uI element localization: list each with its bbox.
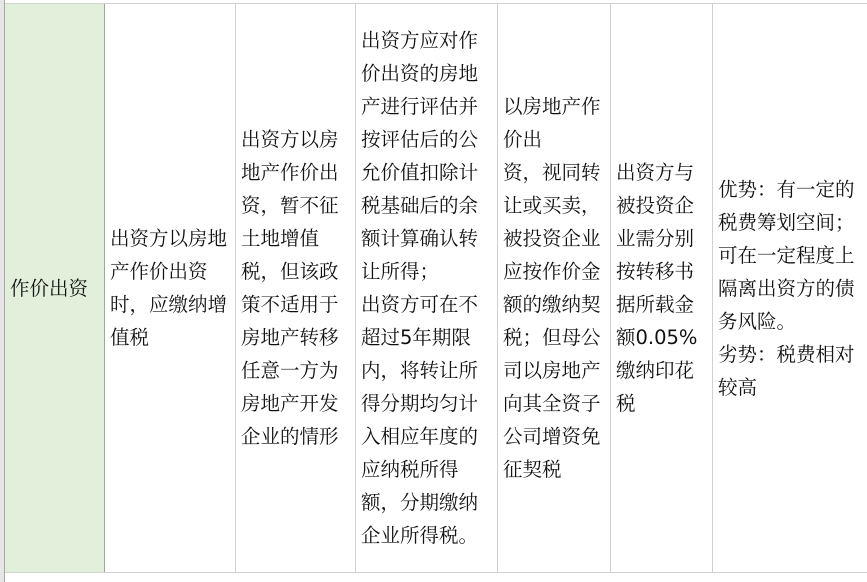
deed-tax-text: 以房地产作价出 资，视同转让或买卖，被投资企业应按作价金额的缴纳契税；但母公司以… bbox=[503, 90, 606, 486]
spreadsheet-view: 作价出资 出资方以房地产作价出资时，应缴纳增值税 出资方以房地产作价出资，暂不征… bbox=[0, 0, 867, 582]
corporate-income-tax-cell[interactable]: 出资方应对作价出资的房地产进行评估并按评估后的公允价值扣除计税基础后的余额计算确… bbox=[356, 4, 498, 572]
land-appreciation-tax-cell[interactable]: 出资方以房地产作价出资，暂不征土地增值 税，但该政策不适用于房地产转移任意一方为… bbox=[236, 4, 356, 572]
vat-cell[interactable]: 出资方以房地产作价出资时，应缴纳增值税 bbox=[105, 4, 236, 572]
row-label: 作价出资 bbox=[10, 272, 88, 305]
land-appreciation-tax-text: 出资方以房地产作价出资，暂不征土地增值 税，但该政策不适用于房地产转移任意一方为… bbox=[241, 123, 351, 453]
table-row: 作价出资 出资方以房地产作价出资时，应缴纳增值税 出资方以房地产作价出资，暂不征… bbox=[5, 4, 867, 573]
corporate-income-tax-text: 出资方应对作价出资的房地产进行评估并按评估后的公允价值扣除计税基础后的余额计算确… bbox=[361, 24, 493, 552]
row-label-cell[interactable]: 作价出资 bbox=[5, 4, 105, 572]
vat-text: 出资方以房地产作价出资时，应缴纳增值税 bbox=[110, 222, 231, 354]
deed-tax-cell[interactable]: 以房地产作价出 资，视同转让或买卖，被投资企业应按作价金额的缴纳契税；但母公司以… bbox=[498, 4, 611, 572]
pros-cons-cell[interactable]: 优势：有一定的税费筹划空间；可在一定程度上隔离出资方的债务风险。 劣势：税费相对… bbox=[713, 4, 867, 572]
pros-cons-text: 优势：有一定的税费筹划空间；可在一定程度上隔离出资方的债务风险。 劣势：税费相对… bbox=[718, 173, 863, 404]
stamp-duty-text: 出资方与被投资企业需分别按转移书据所载金额0.05%缴纳印花税 bbox=[616, 156, 708, 420]
stamp-duty-cell[interactable]: 出资方与被投资企业需分别按转移书据所载金额0.05%缴纳印花税 bbox=[611, 4, 713, 572]
